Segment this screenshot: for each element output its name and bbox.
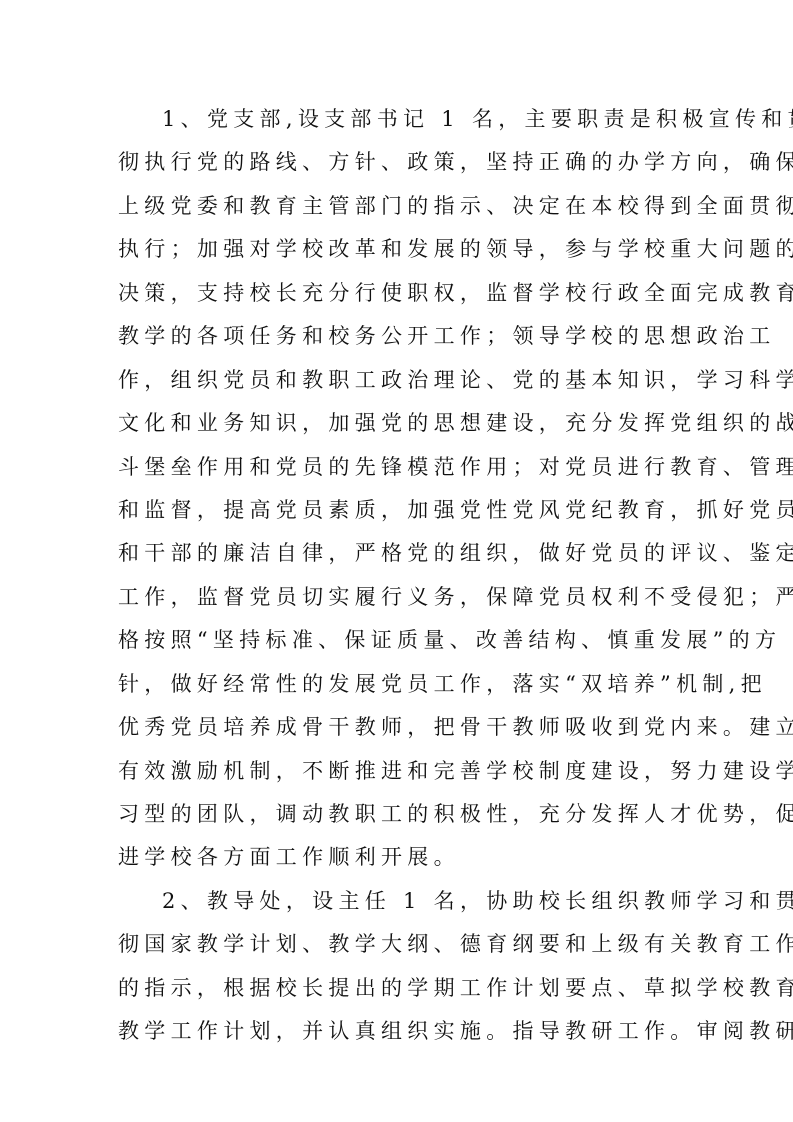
document-page: 1、党支部,设支部书记 1 名，主要职责是积极宣传和贯 彻执行党的路线、方针、政… xyxy=(0,0,793,1122)
text-line: 工作，监督党员切实履行义务，保障党员权利不受侵犯；严 xyxy=(118,582,678,625)
text-line: 和监督，提高党员素质，加强党性党风党纪教育，抓好党员 xyxy=(118,495,678,538)
text-line: 进学校各方面工作顺利开展。 xyxy=(118,842,678,885)
text-line: 的指示，根据校长提出的学期工作计划要点、草拟学校教育、 xyxy=(118,973,678,1016)
text-line: 彻国家教学计划、教学大纲、德育纲要和上级有关教育工作 xyxy=(118,929,678,972)
body-text: 1、党支部,设支部书记 1 名，主要职责是积极宣传和贯 彻执行党的路线、方针、政… xyxy=(118,104,678,1060)
text-line: 文化和业务知识，加强党的思想建设，充分发挥党组织的战 xyxy=(118,408,678,451)
text-line: 1、党支部,设支部书记 1 名，主要职责是积极宣传和贯 xyxy=(118,104,678,147)
paragraph-party-branch: 1、党支部,设支部书记 1 名，主要职责是积极宣传和贯 彻执行党的路线、方针、政… xyxy=(118,104,678,886)
text-line: 教学的各项任务和校务公开工作；领导学校的思想政治工 xyxy=(118,321,678,364)
text-line: 执行；加强对学校改革和发展的领导，参与学校重大问题的 xyxy=(118,234,678,277)
paragraph-teaching-office: 2、教导处，设主任 1 名，协助校长组织教师学习和贯 彻国家教学计划、教学大纲、… xyxy=(118,886,678,1060)
text-line: 2、教导处，设主任 1 名，协助校长组织教师学习和贯 xyxy=(118,886,678,929)
text-line: 针，做好经常性的发展党员工作，落实“双培养”机制,把 xyxy=(118,669,678,712)
text-line: 和干部的廉洁自律，严格党的组织，做好党员的评议、鉴定 xyxy=(118,538,678,581)
text-line: 斗堡垒作用和党员的先锋模范作用；对党员进行教育、管理 xyxy=(118,452,678,495)
text-line: 习型的团队，调动教职工的积极性，充分发挥人才优势，促 xyxy=(118,799,678,842)
text-line: 决策，支持校长充分行使职权，监督学校行政全面完成教育 xyxy=(118,278,678,321)
text-line: 格按照“坚持标准、保证质量、改善结构、慎重发展”的方 xyxy=(118,625,678,668)
text-line: 上级党委和教育主管部门的指示、决定在本校得到全面贯彻 xyxy=(118,191,678,234)
text-line: 教学工作计划，并认真组织实施。指导教研工作。审阅教研 xyxy=(118,1016,678,1059)
text-line: 有效激励机制，不断推进和完善学校制度建设，努力建设学 xyxy=(118,756,678,799)
text-line: 优秀党员培养成骨干教师，把骨干教师吸收到党内来。建立 xyxy=(118,712,678,755)
text-line: 彻执行党的路线、方针、政策，坚持正确的办学方向，确保 xyxy=(118,147,678,190)
text-line: 作，组织党员和教职工政治理论、党的基本知识，学习科学、 xyxy=(118,365,678,408)
